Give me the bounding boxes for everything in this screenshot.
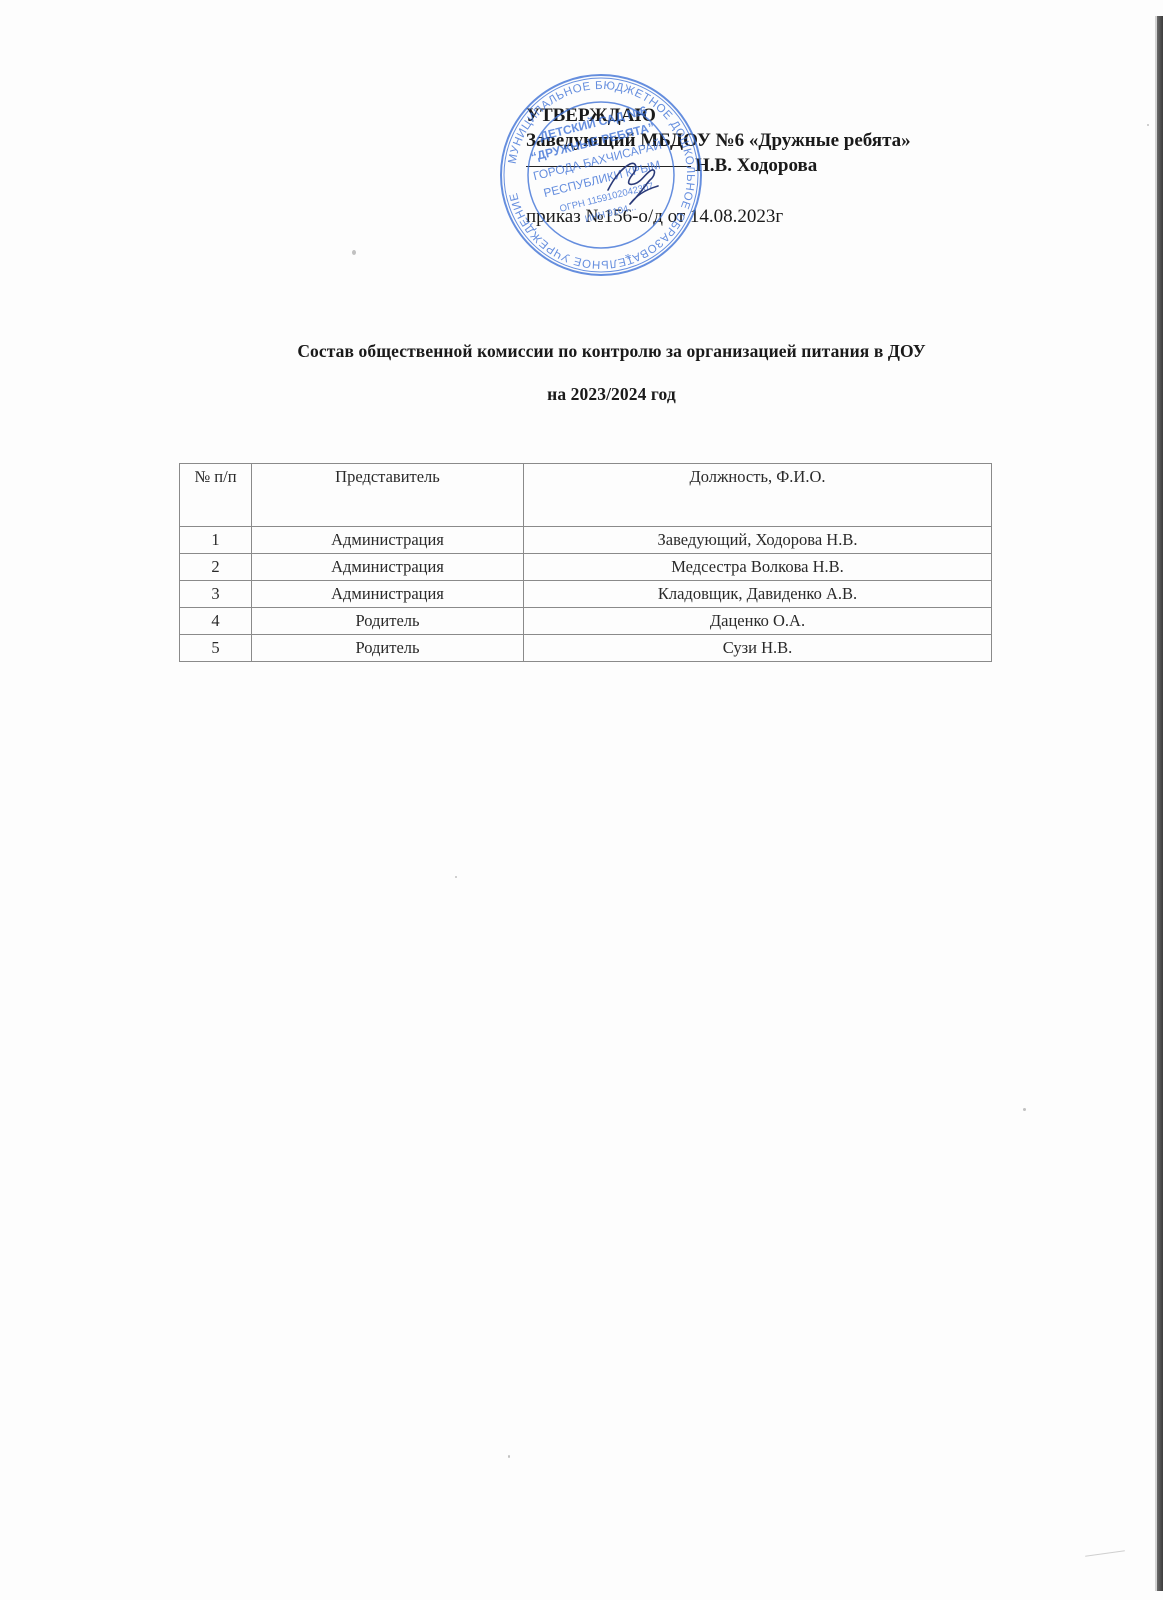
header-position-name: Должность, Ф.И.О.	[524, 464, 992, 527]
scan-speck	[1023, 1108, 1026, 1111]
cell-representative: Родитель	[252, 608, 524, 635]
svg-text:*: *	[625, 252, 632, 267]
scan-speck	[455, 876, 457, 878]
document-subtitle: на 2023/2024 год	[30, 384, 1163, 405]
document-title: Состав общественной комиссии по контролю…	[30, 341, 1163, 362]
cell-position-name: Медсестра Волкова Н.В.	[524, 554, 992, 581]
approval-order: приказ №156-о/д от 14.08.2023г	[526, 204, 911, 229]
cell-position-name: Даценко О.А.	[524, 608, 992, 635]
table-row: 3 Администрация Кладовщик, Давиденко А.В…	[180, 581, 992, 608]
table-row: 5 Родитель Сузи Н.В.	[180, 635, 992, 662]
cell-number: 4	[180, 608, 252, 635]
scan-edge	[1157, 16, 1163, 1591]
scan-speck	[352, 250, 356, 255]
table-row: 4 Родитель Даценко О.А.	[180, 608, 992, 635]
cell-number: 2	[180, 554, 252, 581]
table-row: 2 Администрация Медсестра Волкова Н.В.	[180, 554, 992, 581]
scan-speck	[1147, 124, 1149, 126]
signature-rule	[526, 166, 691, 167]
cell-representative: Администрация	[252, 527, 524, 554]
scan-speck	[508, 1455, 510, 1458]
cell-representative: Родитель	[252, 635, 524, 662]
table-header-row: № п/п Представитель Должность, Ф.И.О.	[180, 464, 992, 527]
header-number: № п/п	[180, 464, 252, 527]
header-representative: Представитель	[252, 464, 524, 527]
approval-heading: УТВЕРЖДАЮ	[526, 103, 911, 128]
scan-mark	[1085, 1550, 1125, 1557]
cell-number: 3	[180, 581, 252, 608]
cell-number: 5	[180, 635, 252, 662]
commission-table: № п/п Представитель Должность, Ф.И.О. 1 …	[179, 463, 992, 662]
approval-block: УТВЕРЖДАЮ Заведующий МБДОУ №6 «Дружные р…	[526, 103, 911, 229]
approval-position: Заведующий МБДОУ №6 «Дружные ребята»	[526, 128, 911, 153]
cell-position-name: Заведующий, Ходорова Н.В.	[524, 527, 992, 554]
cell-position-name: Кладовщик, Давиденко А.В.	[524, 581, 992, 608]
document-page: МУНИЦИПАЛЬНОЕ БЮДЖЕТНОЕ ДОШКОЛЬНОЕ ОБРАЗ…	[0, 0, 1163, 1600]
table-row: 1 Администрация Заведующий, Ходорова Н.В…	[180, 527, 992, 554]
cell-number: 1	[180, 527, 252, 554]
signature-line: Н.В. Ходорова	[526, 153, 911, 178]
cell-representative: Администрация	[252, 554, 524, 581]
cell-position-name: Сузи Н.В.	[524, 635, 992, 662]
cell-representative: Администрация	[252, 581, 524, 608]
approval-signatory: Н.В. Ходорова	[695, 153, 817, 178]
